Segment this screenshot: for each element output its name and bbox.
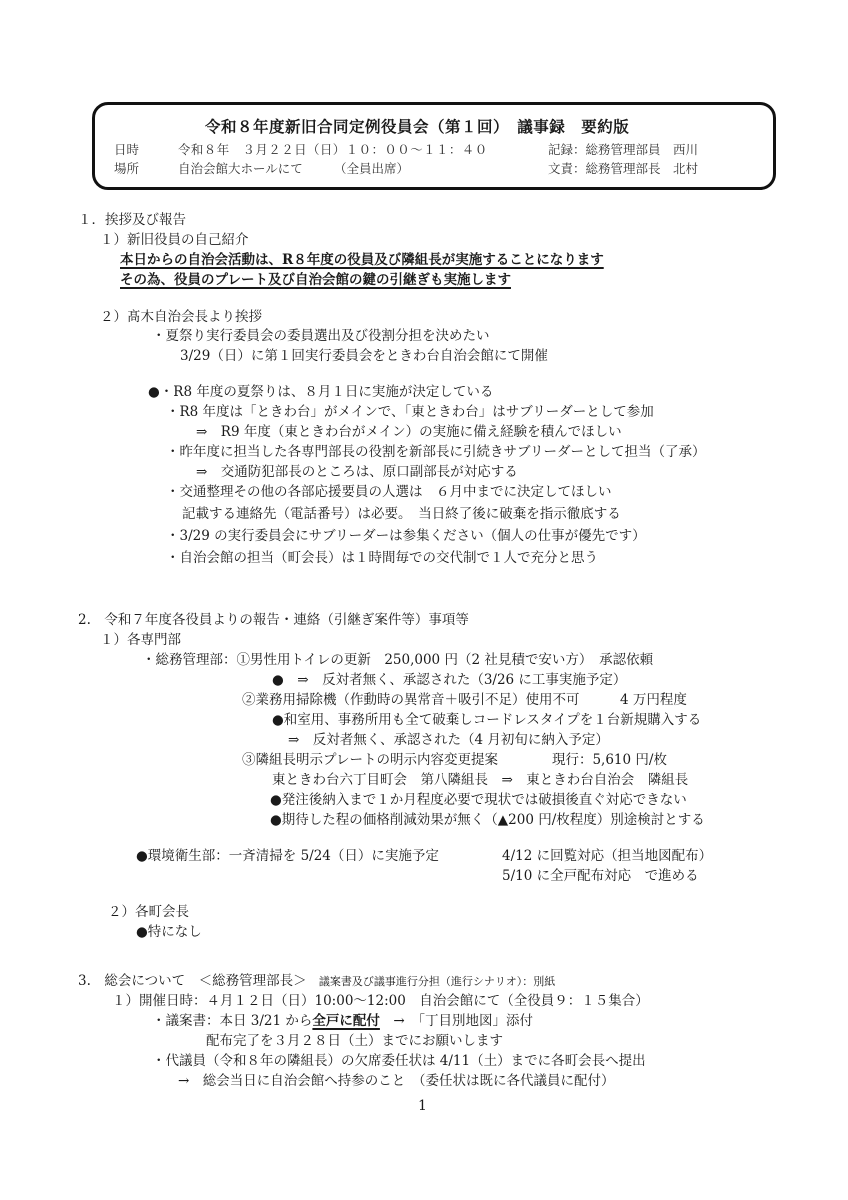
list-item: 5/10 に全戸配布対応 で進める <box>502 867 699 885</box>
list-item: ・自治会館の担当（町会長）は１時間毎での交代制で１人で充分と思う <box>166 549 598 567</box>
section-3-title: 3. 総会について ＜総務管理部長＞ <box>78 973 307 989</box>
list-item: ・3/29 の実行委員会にサブリーダーは参集ください（個人の仕事が優先です） <box>166 527 646 545</box>
list-item: ● ⇒ 反対者無く、承認された（3/26 に工事実施予定） <box>272 671 626 689</box>
list-item: ・昨年度に担当した各専門部長の役割を新部長に引続きサブリーダーとして担当（了承） <box>166 443 705 461</box>
recorder: 記録：総務管理部員 西川 <box>548 141 698 159</box>
list-item: ⇒ 交通防犯部長のところは、原口副部長が対応する <box>196 463 518 481</box>
list-item: → 総会当日に自治会館へ持参のこと （委任状は既に各代議員に配付） <box>178 1072 615 1090</box>
list-item: ・交通整理その他の各部応援要員の人選は ６月中までに決定してほしい <box>166 483 612 501</box>
page-number: 1 <box>418 1097 427 1115</box>
list-item: ●発注後納入まで１か月程度必要で現状では破損後直ぐ対応できない <box>270 791 687 809</box>
list-item: ●期待した程の価格削減効果が無く（▲200 円/枚程度）別途検討とする <box>270 811 705 829</box>
list-item: ・代議員（令和８年の隣組長）の欠席委任状は 4/11（土）までに各町会長へ提出 <box>152 1052 646 1070</box>
list-item: ②業務用掃除機（作動時の異常音＋吸引不足）使用不可 4 万円程度 <box>242 691 687 709</box>
list-item: ・議案書：本日 3/21 から全戸に配付 → 「丁目別地図」添付 <box>152 1012 533 1030</box>
section-2-2-heading: ２）各町会長 <box>108 903 189 921</box>
list-item: ・総務管理部：①男性用トイレの更新 250,000 円（2 社見積で安い方） 承… <box>142 651 653 669</box>
distribution-emphasis: 全戸に配付 <box>312 1013 380 1029</box>
section-1-heading: １．挨拶及び報告 <box>78 211 186 229</box>
list-item: ⇒ R9 年度（東ときわ台がメイン）の実施に備え経験を積んでほしい <box>196 423 622 441</box>
list-item: ●環境衛生部：一斉清掃を 5/24（日）に実施予定 <box>136 847 439 865</box>
list-item: 記載する連絡先（電話番号）は必要。 当日終了後に破棄を指示徹底する <box>182 505 621 523</box>
list-item: ⇒ 反対者無く、承認された（4 月初旬に納入予定） <box>288 731 609 749</box>
datetime-value: 令和８年 ３月２２日（日）１０：００〜１１：４０ <box>178 141 488 159</box>
list-item: ●・R8 年度の夏祭りは、８月１日に実施が決定している <box>148 383 493 401</box>
section-1-1-heading: １）新旧役員の自己紹介 <box>100 231 249 249</box>
place-value: 自治会館大ホールにて （全員出席） <box>178 160 409 178</box>
document-page: 令和８年度新旧合同定例役員会（第１回） 議事録 要約版 日時 令和８年 ３月２２… <box>0 0 848 1200</box>
datetime-label: 日時 <box>114 141 139 159</box>
announcement-line: その為、役員のプレート及び自治会館の鍵の引継ぎも実施します <box>120 271 511 289</box>
list-item: 3/29（日）に第１回実行委員会をときわ台自治会館にて開催 <box>180 347 548 365</box>
section-3-1-heading: １）開催日時：４月１２日（日）10:00〜12:00 自治会館にて（全役員９：１… <box>112 992 649 1010</box>
section-3-heading: 3. 総会について ＜総務管理部長＞ 議案書及び議事進行分担（進行シナリオ）：別… <box>78 972 555 991</box>
section-2-heading: 2. 令和７年度各役員よりの報告・連絡（引継ぎ案件等）事項等 <box>78 611 469 629</box>
list-item: ●和室用、事務所用も全て破棄しコードレスタイプを１台新規購入する <box>272 711 701 729</box>
document-title: 令和８年度新旧合同定例役員会（第１回） 議事録 要約版 <box>205 118 629 136</box>
list-item: 配布完了を３月２８日（土）までにお願いします <box>206 1032 503 1050</box>
list-item: 東ときわ台六丁目町会 第八隣組長 ⇒ 東ときわ台自治会 隣組長 <box>272 771 688 789</box>
section-1-2-heading: ２）髙木自治会長より挨拶 <box>100 308 262 326</box>
place-label: 場所 <box>114 160 139 178</box>
section-2-1-heading: １）各専門部 <box>100 631 181 649</box>
list-item: ・夏祭り実行委員会の委員選出及び役割分担を決めたい <box>152 327 490 345</box>
announcement-line: 本日からの自治会活動は、R８年度の役員及び隣組長が実施することになります <box>120 251 604 269</box>
list-item: ・R8 年度は「ときわ台」がメインで、「東ときわ台」はサブリーダーとして参加 <box>166 403 654 421</box>
list-item: ③隣組長明示プレートの明示内容変更提案 現行：5,610 円/枚 <box>242 751 667 769</box>
list-item: ●特になし <box>136 923 202 941</box>
responsible: 文責：総務管理部長 北村 <box>548 160 698 178</box>
section-3-note: 議案書及び議事進行分担（進行シナリオ）：別紙 <box>319 975 555 988</box>
list-item: 4/12 に回覧対応（担当地図配布） <box>502 847 712 865</box>
